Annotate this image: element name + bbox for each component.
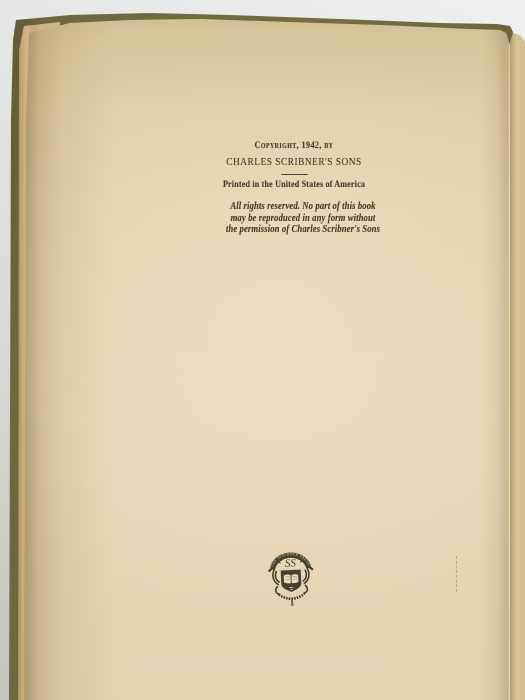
book-photo: Copyright, 1942, by CHARLES SCRIBNER'S S… xyxy=(0,0,525,700)
imprint-rule xyxy=(281,174,307,175)
rights-line: All rights reserved. No part of this boo… xyxy=(200,201,405,213)
copyright-block: Copyright, 1942, by CHARLES SCRIBNER'S S… xyxy=(201,140,388,191)
printed-in-line: Printed in the United States of America xyxy=(201,179,388,191)
copyright-line: Copyright, 1942, by xyxy=(201,140,388,153)
rights-line: the permission of Charles Scribner's Son… xyxy=(200,224,405,236)
seal-ss-monogram: SS xyxy=(285,557,297,569)
seal-laurel xyxy=(279,593,305,605)
seal-open-book xyxy=(281,570,302,593)
page-crease-mark xyxy=(456,556,457,592)
publisher-name: CHARLES SCRIBNER'S SONS xyxy=(201,155,388,169)
rights-line: may be reproduced in any form without xyxy=(200,213,405,225)
copyright-page xyxy=(0,0,525,700)
scribner-press-seal-icon: THE SCRIBNER PRESS SS xyxy=(264,545,319,609)
rights-notice: All rights reserved. No part of this boo… xyxy=(200,201,405,236)
